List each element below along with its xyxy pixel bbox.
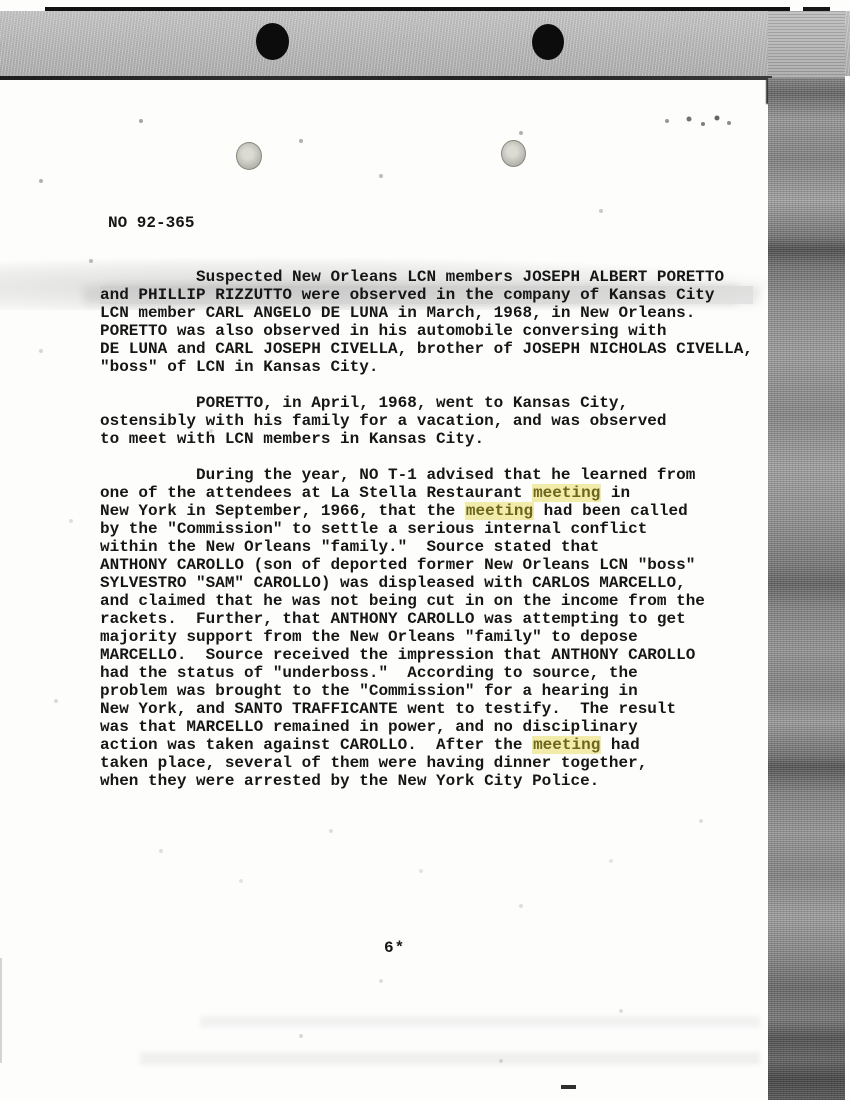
scan-top-gray-band <box>0 11 850 76</box>
text-line: one of the attendees at La Stella Restau… <box>100 484 753 502</box>
text-line: to meet with LCN members in Kansas City. <box>100 430 753 448</box>
text-line: ostensibly with his family for a vacatio… <box>100 412 753 430</box>
scan-right-edge-band <box>768 78 845 1100</box>
text-line: MARCELLO. Source received the impression… <box>100 646 753 664</box>
scan-bottom-dash-mark <box>561 1085 576 1089</box>
binder-hole-dot-right <box>532 24 564 60</box>
page-top-edge-line <box>0 76 772 80</box>
paragraph: PORETTO, in April, 1968, went to Kansas … <box>100 394 753 448</box>
scan-top-right-grain <box>768 11 845 78</box>
text-line: Suspected New Orleans LCN members JOSEPH… <box>100 268 753 286</box>
scan-noise-speckles <box>0 0 2 2</box>
text-line: had the status of "underboss." According… <box>100 664 753 682</box>
paragraph: During the year, NO T-1 advised that he … <box>100 466 753 790</box>
text-line: LCN member CARL ANGELO DE LUNA in March,… <box>100 304 753 322</box>
text-line: by the "Commission" to settle a serious … <box>100 520 753 538</box>
text-line: SYLVESTRO "SAM" CAROLLO) was displeased … <box>100 574 753 592</box>
text-line: taken place, several of them were having… <box>100 754 753 772</box>
punch-hole-right <box>501 140 526 167</box>
text-line: During the year, NO T-1 advised that he … <box>100 466 753 484</box>
text-line: problem was brought to the "Commission" … <box>100 682 753 700</box>
text-line: was that MARCELLO remained in power, and… <box>100 718 753 736</box>
text-line: when they were arrested by the New York … <box>100 772 753 790</box>
text-line: and claimed that he was not being cut in… <box>100 592 753 610</box>
body-text: Suspected New Orleans LCN members JOSEPH… <box>100 268 753 808</box>
text-line: DE LUNA and CARL JOSEPH CIVELLA, brother… <box>100 340 753 358</box>
highlighted-word: meeting <box>532 736 601 754</box>
text-line: PORETTO, in April, 1968, went to Kansas … <box>100 394 753 412</box>
text-line: New York in September, 1966, that the me… <box>100 502 753 520</box>
page-number: 6* <box>384 939 405 957</box>
text-line: and PHILLIP RIZZUTTO were observed in th… <box>100 286 753 304</box>
highlighted-word: meeting <box>532 484 601 502</box>
scan-left-edge-line <box>0 958 2 1063</box>
scan-bottom-streak <box>140 1052 760 1065</box>
binder-hole-dot-left <box>256 23 289 60</box>
text-line: New York, and SANTO TRAFFICANTE went to … <box>100 700 753 718</box>
text-line: action was taken against CAROLLO. After … <box>100 736 753 754</box>
text-line: "boss" of LCN in Kansas City. <box>100 358 753 376</box>
text-line: within the New Orleans "family." Source … <box>100 538 753 556</box>
text-line: majority support from the New Orleans "f… <box>100 628 753 646</box>
text-line: PORETTO was also observed in his automob… <box>100 322 753 340</box>
text-line: ANTHONY CAROLLO (son of deported former … <box>100 556 753 574</box>
paragraph: Suspected New Orleans LCN members JOSEPH… <box>100 268 753 376</box>
highlighted-word: meeting <box>465 502 534 520</box>
scan-bottom-streak <box>200 1016 760 1027</box>
text-line: rackets. Further, that ANTHONY CAROLLO w… <box>100 610 753 628</box>
document-number: NO 92-365 <box>108 214 194 232</box>
punch-hole-left <box>236 142 262 170</box>
